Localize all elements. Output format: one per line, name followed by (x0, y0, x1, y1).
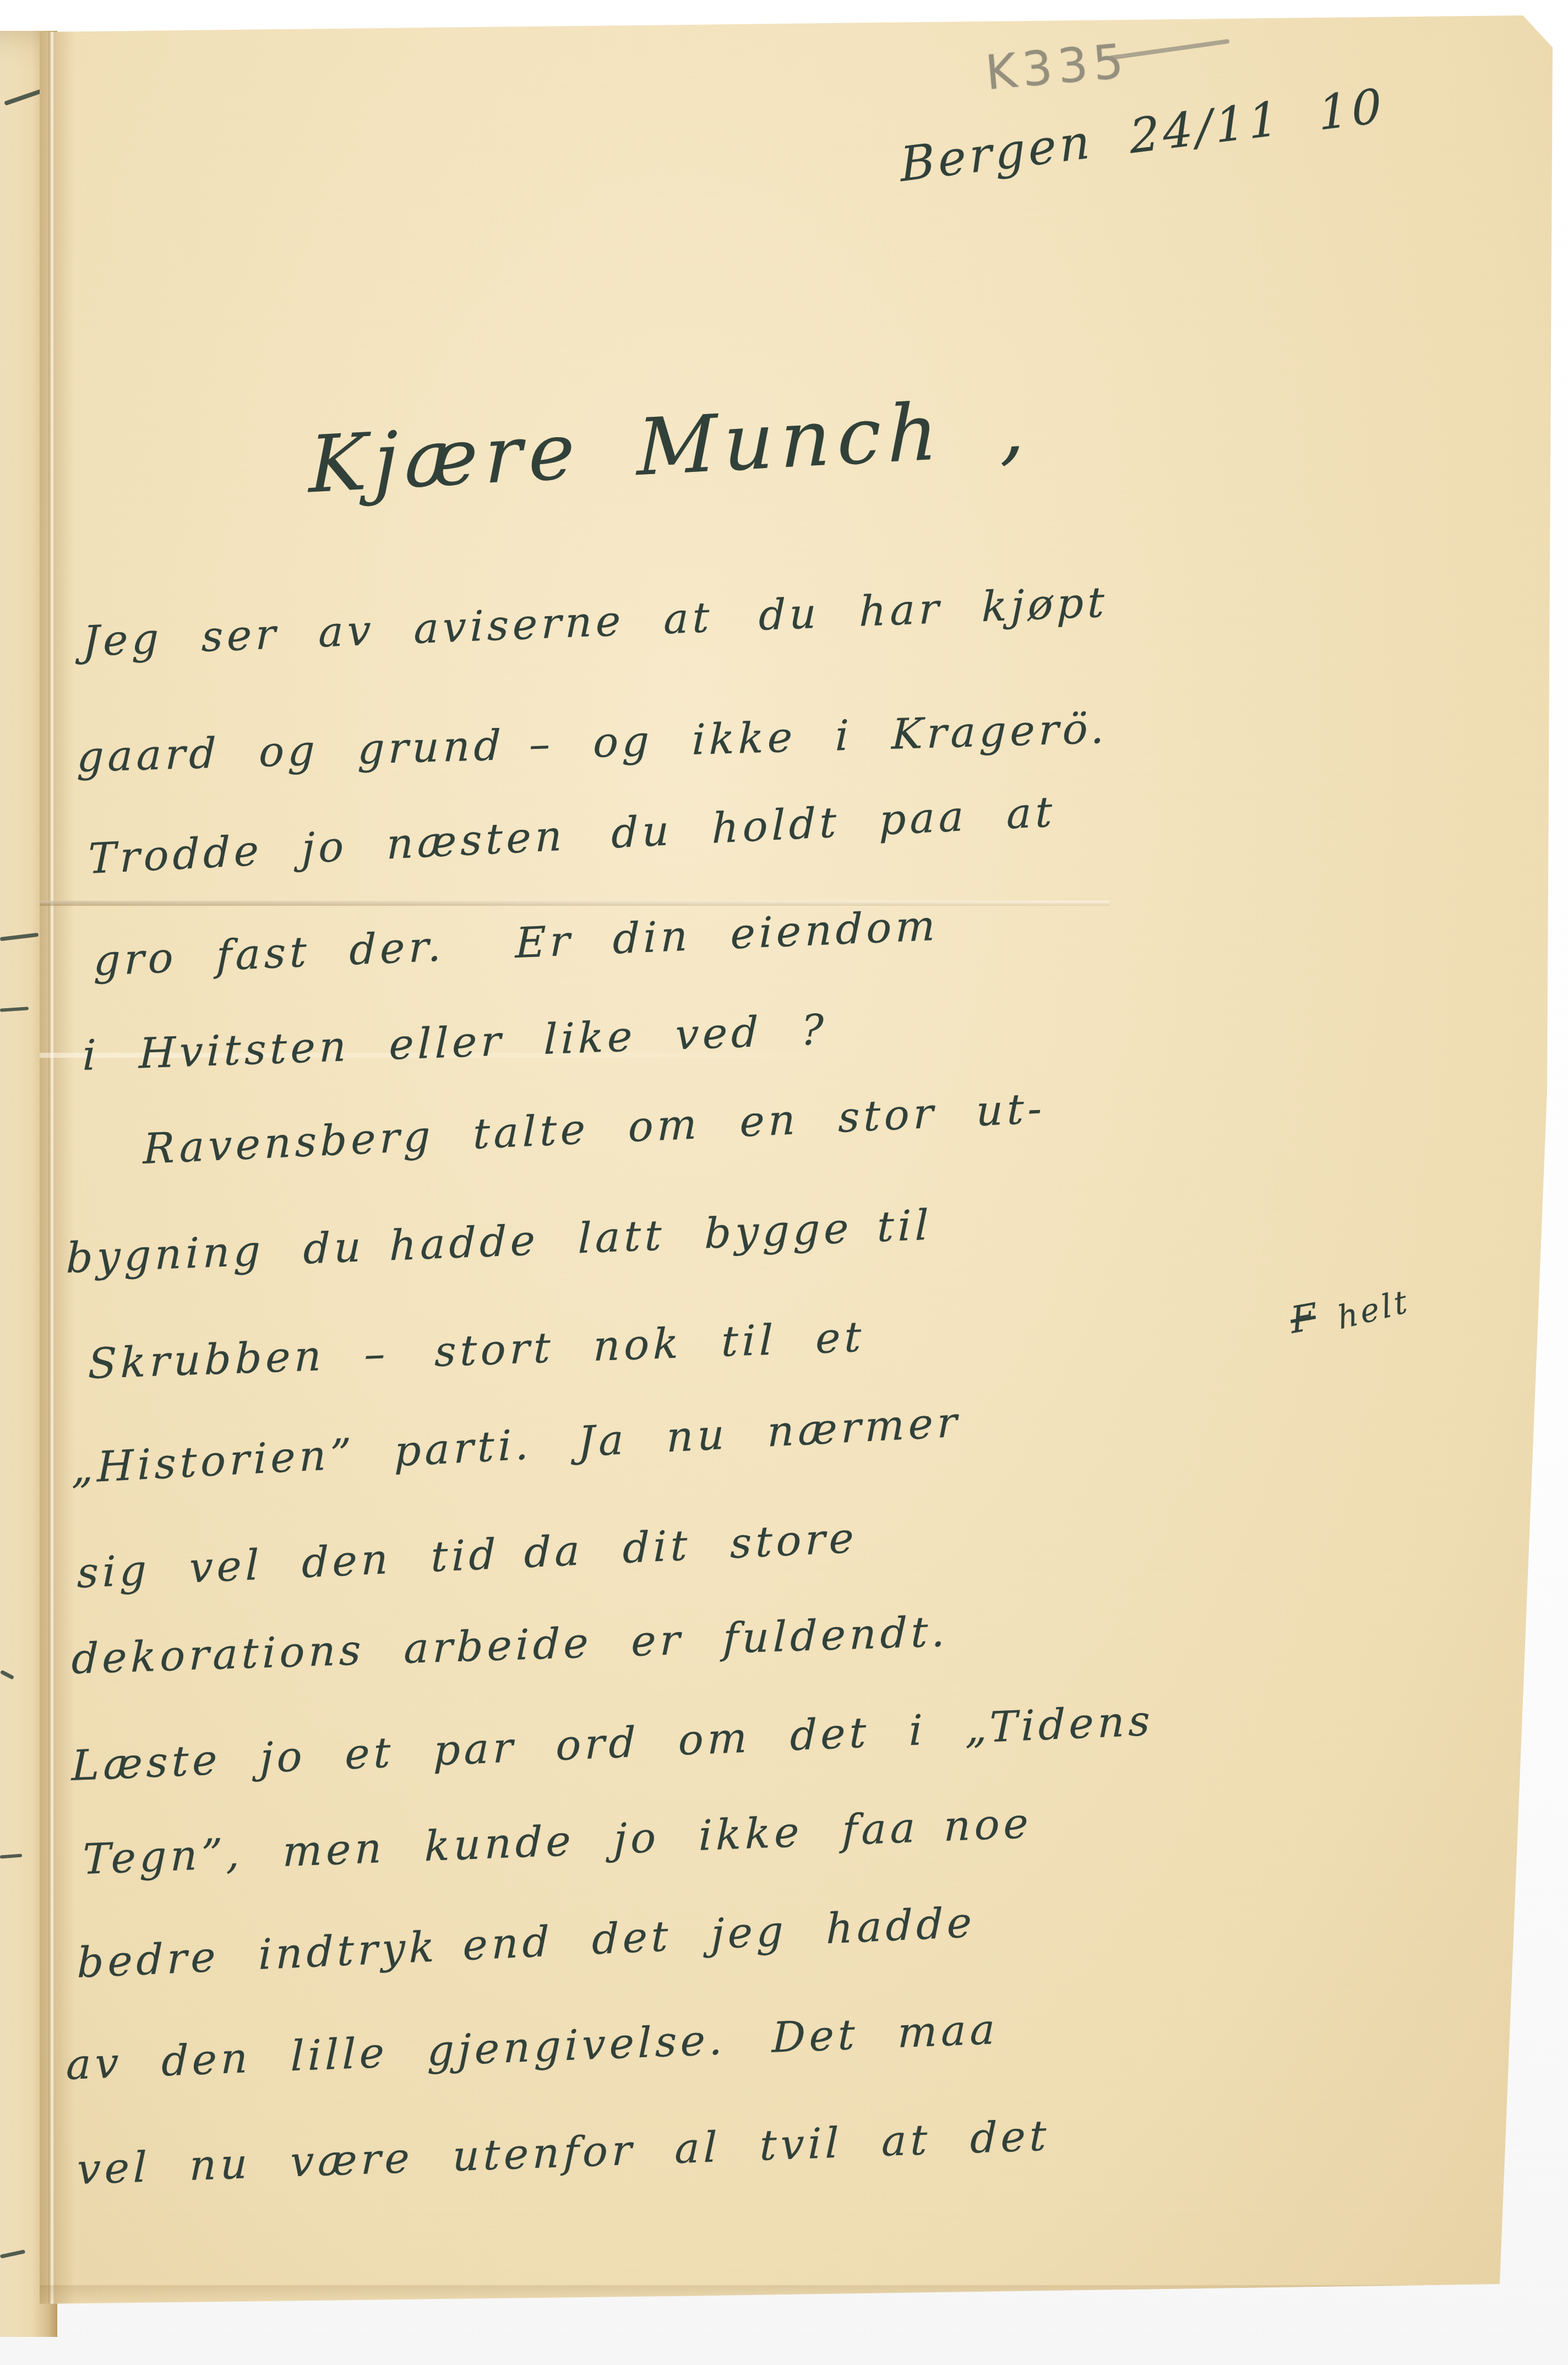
letter-line: Jeg ser av aviserne at du har kjøpt (82, 577, 1108, 666)
struck-letter: F (1288, 1295, 1317, 1342)
letter-line: gaard og grund – og ikke i Kragerö. (77, 704, 1109, 781)
inserted-word: helt (1335, 1282, 1412, 1336)
page-bottom-edge-shadow (40, 2285, 1502, 2304)
letter-line: Tegn”, men kunde jo ikke faa noe (82, 1798, 1032, 1884)
letter-line: Læste jo et par ord om det i „Tidens (72, 1696, 1154, 1790)
dateline: Bergen 24/11 10 (899, 78, 1386, 193)
letter-line: Trodde jo næsten du holdt paa at (88, 787, 1056, 883)
letter-line: bedre indtryk end det jeg hadde (77, 1898, 976, 1987)
stray-ink-mark (0, 1854, 22, 1859)
stray-ink-mark (0, 933, 39, 941)
letter-line: gro fast der. Er din eiendom (94, 901, 939, 985)
letter-page: K335 Bergen 24/11 10 Kjære Munch , Jeg s… (40, 0, 1568, 2365)
page-fold-shadow (40, 0, 75, 2365)
stray-ink-mark (0, 1007, 29, 1012)
fold-crease-horizontal (40, 901, 1109, 906)
archive-number: K335 (983, 34, 1131, 101)
letter-line: bygning du hadde latt bygge til (66, 1200, 933, 1283)
salutation: Kjære Munch , (309, 382, 1031, 510)
letter-line: dekorations arbeide er fuldendt. (71, 1607, 949, 1683)
letter-line: Skrubben – stort nok til et (88, 1312, 865, 1388)
stray-ink-mark (0, 2249, 25, 2258)
letter-line: sig vel den tid da dit store (77, 1513, 858, 1597)
letter-line: vel nu være utenfor al tvil at det (77, 2111, 1050, 2194)
letter-line: „Historien” parti. Ja nu nærmer (72, 1397, 961, 1493)
letter-line: av den lille gjengivelse. Det maa (66, 2004, 999, 2089)
letter-line: i Hvitsten eller like ved ? (82, 1005, 827, 1080)
scanned-letter: { "letter": { "archive_number": "K335", … (0, 0, 1568, 2365)
fold-crease-vertical (48, 0, 55, 2365)
stray-ink-mark (0, 1670, 14, 1679)
letter-line: Ravensberg talte om en stor ut- (143, 1084, 1046, 1174)
